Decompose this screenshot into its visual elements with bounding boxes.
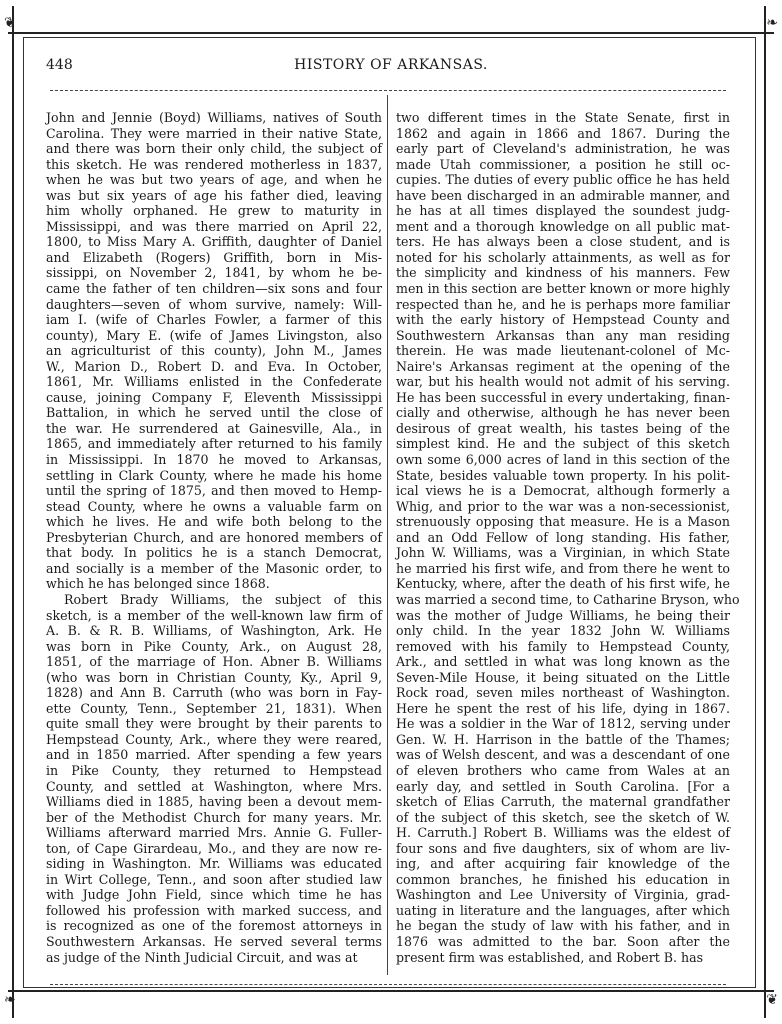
footer-rule [50, 984, 726, 985]
text-line: Mississippi, and was there married on Ap… [46, 219, 382, 235]
text-line: present firm was established, and Robert… [396, 950, 730, 966]
text-line: and an Odd Fellow of long standing. His … [396, 530, 730, 546]
text-line: (who was born in Christian County, Ky., … [46, 670, 382, 686]
text-line: an agriculturist of this county), John M… [46, 343, 382, 359]
text-line: sketch, is a member of the well-known la… [46, 608, 382, 624]
text-line: removed with his family to Hempstead Cou… [396, 639, 730, 655]
text-line: of the subject of this sketch, see the s… [396, 810, 730, 826]
text-line: 1865, and immediately after returned to … [46, 436, 382, 452]
text-line: Whig, and prior to the war was a non-sec… [396, 499, 730, 515]
text-line: he has at all times displayed the sounde… [396, 203, 730, 219]
text-line: in Mississippi. In 1870 he moved to Arka… [46, 452, 382, 468]
text-line: him wholly orphaned. He grew to maturity… [46, 203, 382, 219]
text-line: Southwestern Arkansas than any man resid… [396, 328, 730, 344]
text-line: four sons and five daughters, six of who… [396, 841, 730, 857]
text-line: he married his first wife, and from ther… [396, 561, 730, 577]
text-line: strenuously opposing that measure. He is… [396, 514, 730, 530]
text-line: sketch of Elias Carruth, the maternal gr… [396, 794, 730, 810]
column-divider [387, 95, 388, 975]
running-title: HISTORY OF ARKANSAS. [46, 57, 736, 73]
corner-flourish-icon: ❧ [4, 993, 16, 1007]
text-line: quite small they were brought by their p… [46, 716, 382, 732]
text-line: noted for his scholarly attainments, as … [396, 250, 730, 266]
text-line: and socially is a member of the Masonic … [46, 561, 382, 577]
text-line: W., Marion D., Robert D. and Eva. In Oct… [46, 359, 382, 375]
text-line: John W. Williams, was a Virginian, in wh… [396, 545, 730, 561]
text-line: Presbyterian Church, and are honored mem… [46, 530, 382, 546]
text-line: ment and a thorough knowledge on all pub… [396, 219, 730, 235]
text-line: Here he spent the rest of his life, dyin… [396, 701, 730, 717]
text-line: he began the study of law with his fathe… [396, 918, 730, 934]
text-line: cupies. The duties of every public offic… [396, 172, 730, 188]
text-line: He was a soldier in the War of 1812, ser… [396, 716, 730, 732]
text-line: stead County, where he owns a valuable f… [46, 499, 382, 515]
text-line: ber of the Methodist Church for many yea… [46, 810, 382, 826]
right-column: two different times in the State Senate,… [396, 110, 730, 965]
text-line: County, and settled at Washington, where… [46, 779, 382, 795]
text-line: was the mother of Judge Williams, he bei… [396, 608, 730, 624]
text-line: early part of Cleveland's administration… [396, 141, 730, 157]
text-line: followed his profession with marked succ… [46, 903, 382, 919]
text-line: made Utah commissioner, a position he st… [396, 157, 730, 173]
text-line: Gen. W. H. Harrison in the battle of the… [396, 732, 730, 748]
text-line: 1862 and again in 1866 and 1867. During … [396, 126, 730, 142]
text-line: 1876 was admitted to the bar. Soon after… [396, 934, 730, 950]
text-line: sissippi, on November 2, 1841, by whom h… [46, 265, 382, 281]
text-line: have been discharged in an admirable man… [396, 188, 730, 204]
text-line: of eleven brothers who came from Wales a… [396, 763, 730, 779]
text-line: was but six years of age his father died… [46, 188, 382, 204]
text-line: ing, and after acquiring fair knowledge … [396, 856, 730, 872]
text-line: ton, of Cape Girardeau, Mo., and they ar… [46, 841, 382, 857]
text-line: the simplicity and kindness of his manne… [396, 265, 730, 281]
text-line: war, but his health would not admit of h… [396, 374, 730, 390]
text-line: that body. In politics he is a stanch De… [46, 545, 382, 561]
text-line: Southwestern Arkansas. He served several… [46, 934, 382, 950]
text-line: respected than he, and he is perhaps mor… [396, 297, 730, 313]
left-column: John and Jennie (Boyd) Williams, natives… [46, 110, 382, 965]
text-line: and Elizabeth (Rogers) Griffith, born in… [46, 250, 382, 266]
text-line: Washington and Lee University of Virgini… [396, 887, 730, 903]
text-line: own some 6,000 acres of land in this sec… [396, 452, 730, 468]
ornamental-border-right [764, 6, 766, 1018]
corner-flourish-icon: ❧ [766, 16, 778, 30]
text-line: was born in Pike County, Ark., on August… [46, 639, 382, 655]
text-line: Kentucky, where, after the death of his … [396, 576, 730, 592]
text-line: and there was born their only child, the… [46, 141, 382, 157]
text-line: men in this section are better known or … [396, 281, 730, 297]
text-line: until the spring of 1875, and then moved… [46, 483, 382, 499]
text-line: therein. He was made lieutenant-colonel … [396, 343, 730, 359]
text-line: early day, and settled in South Carolina… [396, 779, 730, 795]
corner-flourish-icon: ❦ [4, 16, 16, 30]
running-head: 448 HISTORY OF ARKANSAS. [46, 57, 736, 79]
text-line: as judge of the Ninth Judicial Circuit, … [46, 950, 382, 966]
text-line: He has been successful in every undertak… [396, 390, 730, 406]
book-page: ❦ ❧ ❧ ❦ 448 HISTORY OF ARKANSAS. John an… [0, 0, 782, 1024]
text-line: Williams died in 1885, having been a dev… [46, 794, 382, 810]
text-line: with the early history of Hempstead Coun… [396, 312, 730, 328]
text-line: was married a second time, to Catharine … [396, 592, 730, 608]
text-line: Rock road, seven miles northeast of Wash… [396, 685, 730, 701]
text-line: 1851, of the marriage of Hon. Abner B. W… [46, 654, 382, 670]
text-line: with Judge John Field, since which time … [46, 887, 382, 903]
ornamental-border-bottom [8, 990, 774, 992]
text-line: Robert Brady Williams, the subject of th… [46, 592, 382, 608]
text-line: Naire's Arkansas regiment at the opening… [396, 359, 730, 375]
corner-flourish-icon: ❦ [766, 993, 778, 1007]
text-line: ette County, Tenn., September 21, 1831).… [46, 701, 382, 717]
text-line: simplest kind. He and the subject of thi… [396, 436, 730, 452]
text-line: this sketch. He was rendered motherless … [46, 157, 382, 173]
text-line: which he has belonged since 1868. [46, 576, 382, 592]
text-line: in Pike County, they returned to Hempste… [46, 763, 382, 779]
text-line: ical views he is a Democrat, although fo… [396, 483, 730, 499]
text-line: the war. He surrendered at Gainesville, … [46, 421, 382, 437]
text-line: 1800, to Miss Mary A. Griffith, daughter… [46, 234, 382, 250]
text-line: 1828) and Ann B. Carruth (who was born i… [46, 685, 382, 701]
header-rule [50, 90, 726, 91]
ornamental-border-left [12, 6, 14, 1018]
text-line: which he lives. He and wife both belong … [46, 514, 382, 530]
text-line: State, besides valuable town property. I… [396, 468, 730, 484]
text-line: settling in Clark County, where he made … [46, 468, 382, 484]
text-line: ters. He has always been a close student… [396, 234, 730, 250]
text-line: in Wirt College, Tenn., and soon after s… [46, 872, 382, 888]
text-line: Williams afterward married Mrs. Annie G.… [46, 825, 382, 841]
text-line: 1861, Mr. Williams enlisted in the Confe… [46, 374, 382, 390]
text-line: Hempstead County, Ark., where they were … [46, 732, 382, 748]
ornamental-border-top [8, 32, 774, 34]
text-line: common branches, he finished his educati… [396, 872, 730, 888]
text-line: cially and otherwise, although he has ne… [396, 405, 730, 421]
text-line: Carolina. They were married in their nat… [46, 126, 382, 142]
text-line: was of Welsh descent, and was a descenda… [396, 747, 730, 763]
text-line: desirous of great wealth, his tastes bei… [396, 421, 730, 437]
text-line: A. B. & R. B. Williams, of Washington, A… [46, 623, 382, 639]
text-line: when he was but two years of age, and wh… [46, 172, 382, 188]
text-line: John and Jennie (Boyd) Williams, natives… [46, 110, 382, 126]
text-line: H. Carruth.] Robert B. Williams was the … [396, 825, 730, 841]
text-line: is recognized as one of the foremost att… [46, 918, 382, 934]
text-line: two different times in the State Senate,… [396, 110, 730, 126]
text-line: uating in literature and the languages, … [396, 903, 730, 919]
text-line: Ark., and settled in what was long known… [396, 654, 730, 670]
text-line: county), Mary E. (wife of James Livingst… [46, 328, 382, 344]
text-line: Battalion, in which he served until the … [46, 405, 382, 421]
text-line: came the father of ten children—six sons… [46, 281, 382, 297]
text-line: only child. In the year 1832 John W. Wil… [396, 623, 730, 639]
text-line: and in 1850 married. After spending a fe… [46, 747, 382, 763]
text-line: iam I. (wife of Charles Fowler, a farmer… [46, 312, 382, 328]
text-line: daughters—seven of whom survive, namely:… [46, 297, 382, 313]
text-line: Seven-Mile House, it being situated on t… [396, 670, 730, 686]
text-line: siding in Washington. Mr. Williams was e… [46, 856, 382, 872]
text-line: cause, joining Company F, Eleventh Missi… [46, 390, 382, 406]
